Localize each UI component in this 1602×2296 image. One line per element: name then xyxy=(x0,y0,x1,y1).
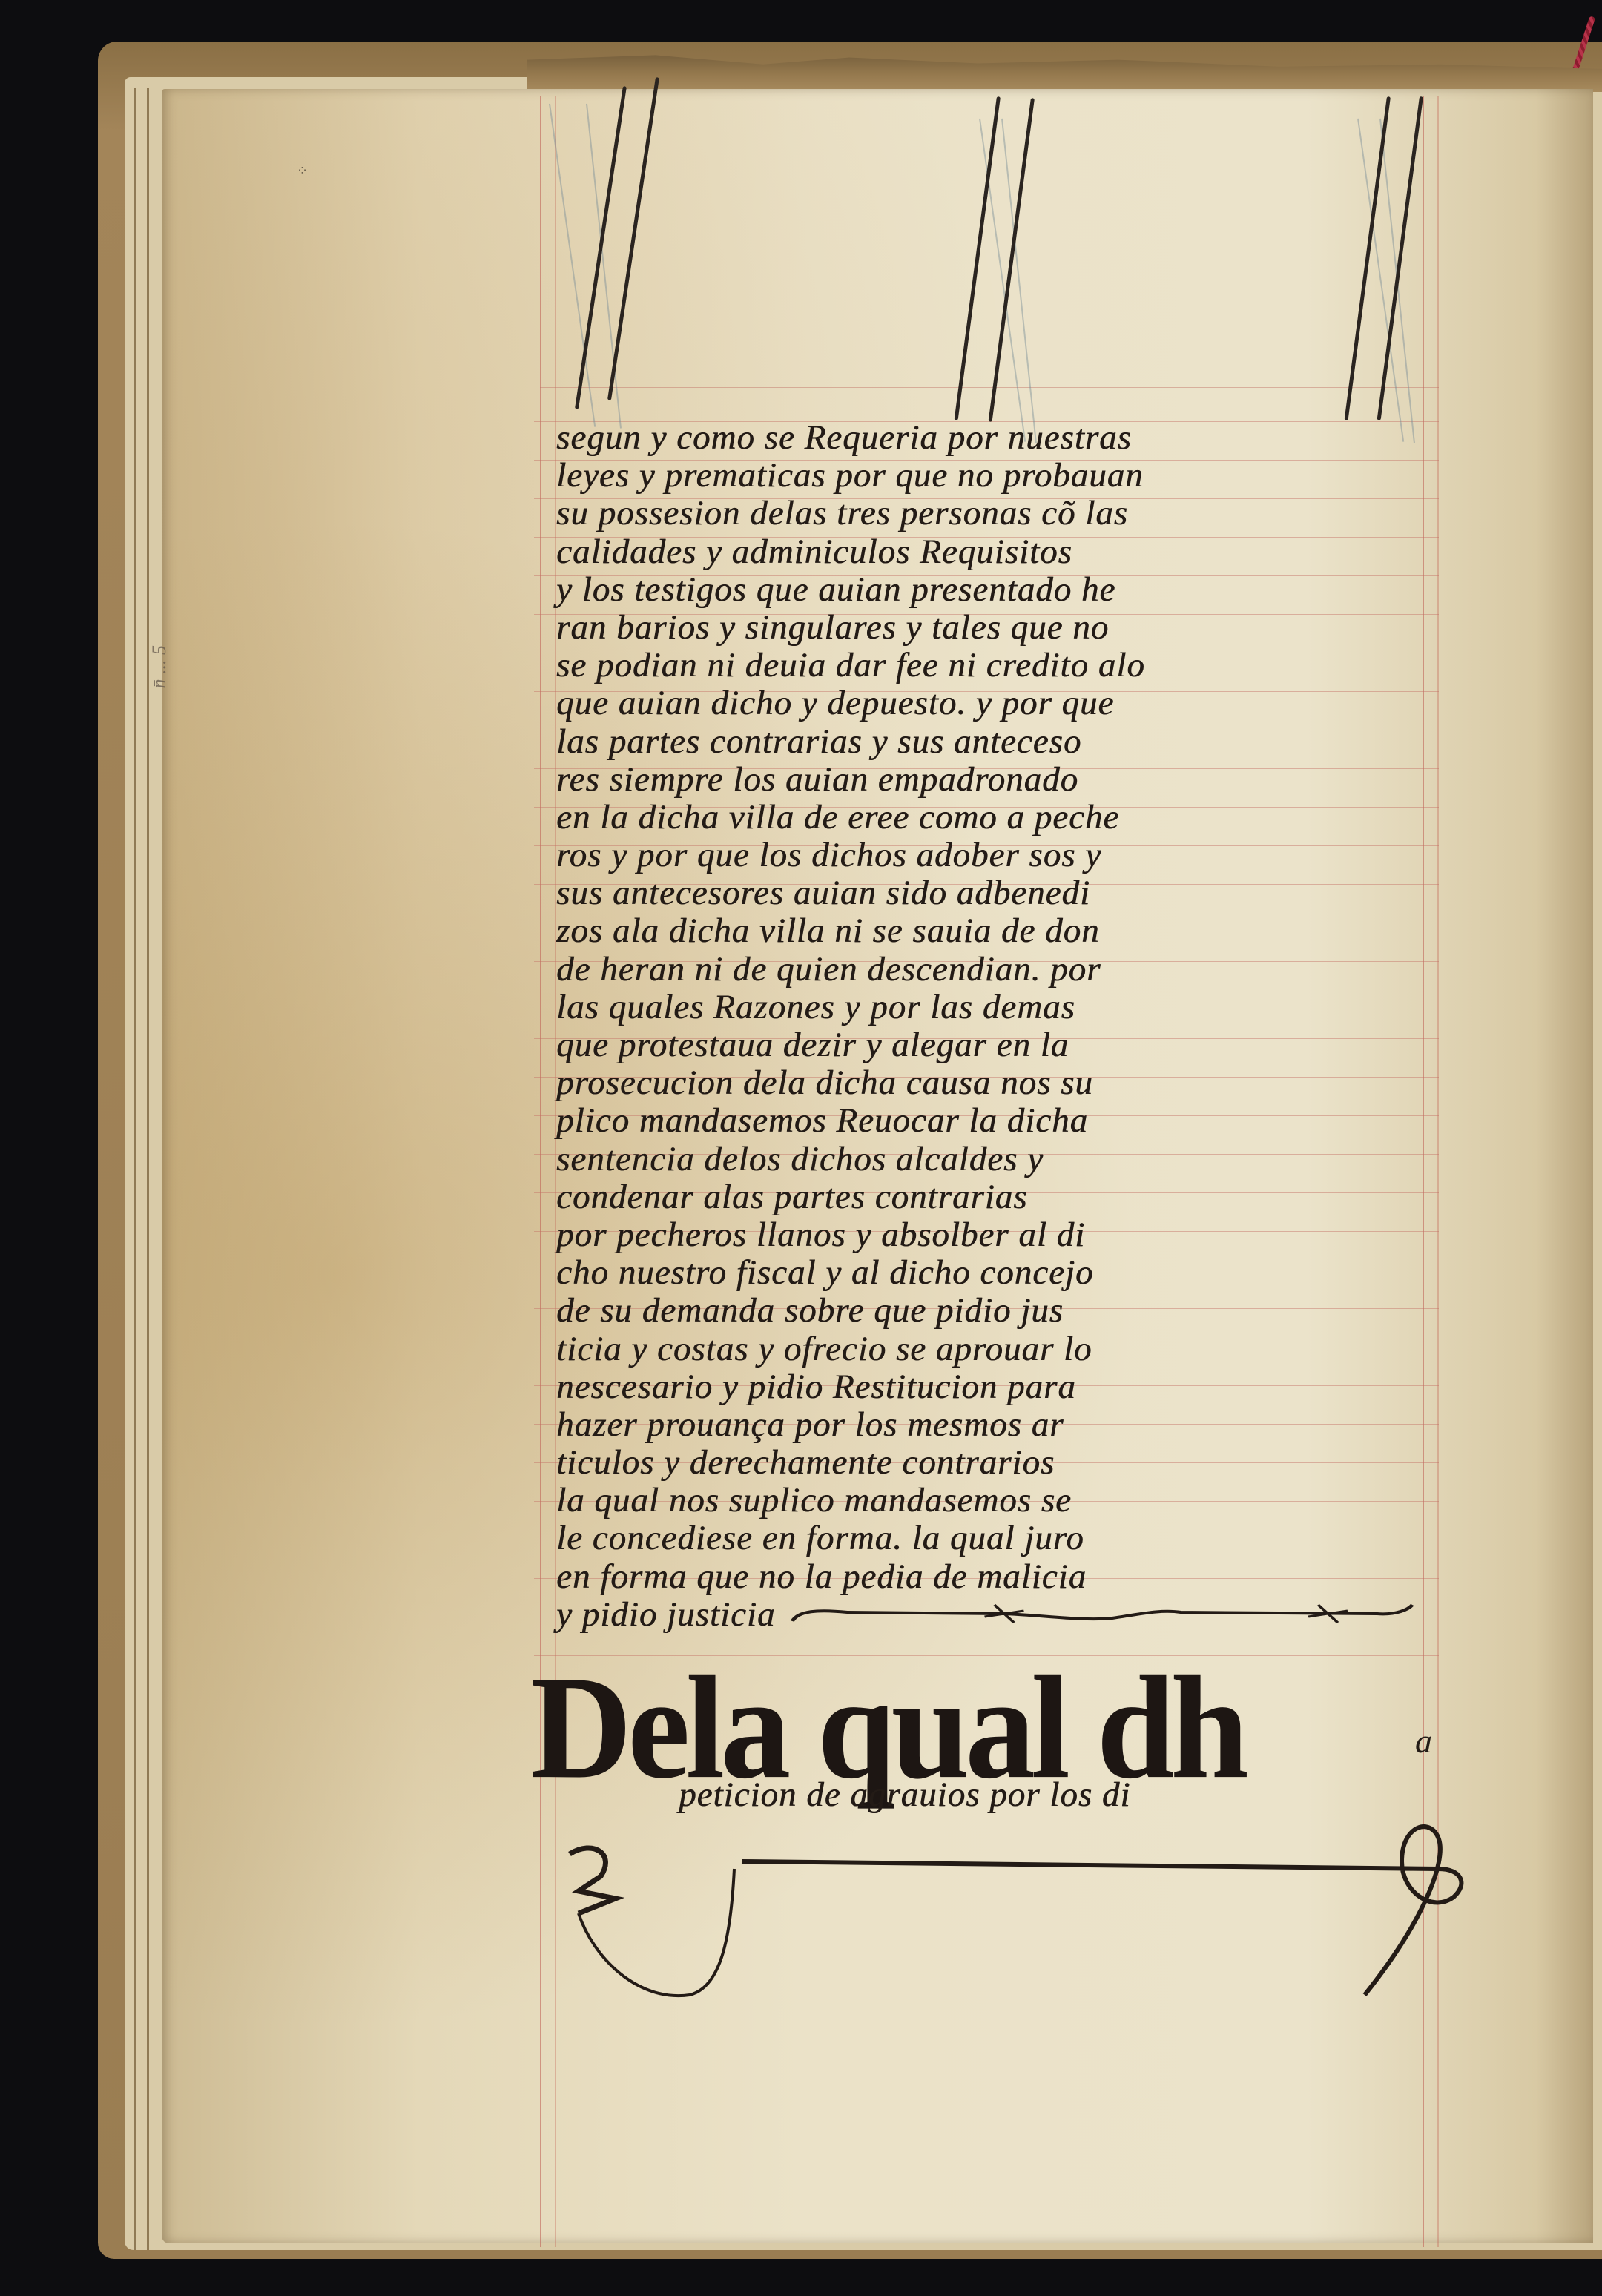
text-line: de su demanda sobre que pidio jus xyxy=(556,1292,1417,1330)
text-line: en forma que no la pedia de malicia xyxy=(556,1558,1417,1596)
text-line: y los testigos que auian presentado he xyxy=(556,571,1417,609)
text-line: le concediese en forma. la qual juro xyxy=(556,1520,1417,1557)
heading-continuation: peticion de agrauios por los di xyxy=(679,1775,1130,1815)
text-line: condenar alas partes contrarias xyxy=(556,1178,1417,1216)
text-line: leyes y prematicas por que no probauan xyxy=(556,457,1417,495)
text-line: sentencia delos dichos alcaldes y xyxy=(556,1141,1417,1178)
closing-swash-flourish xyxy=(549,1810,1468,2017)
text-line: nescesario y pidio Restitucion para xyxy=(556,1368,1417,1406)
line-filler-flourish xyxy=(788,1606,1417,1623)
text-line: ticia y costas y ofrecio se aprouar lo xyxy=(556,1330,1417,1368)
text-line: ran barios y singulares y tales que no xyxy=(556,609,1417,647)
text-line: zos ala dicha villa ni se sauia de don xyxy=(556,912,1417,950)
text-line: ros y por que los dichos adober sos y xyxy=(556,837,1417,874)
text-line: en la dicha villa de eree como a peche xyxy=(556,799,1417,837)
text-line: las quales Razones y por las demas xyxy=(556,989,1417,1026)
text-line: sus antecesores auian sido adbenedi xyxy=(556,874,1417,912)
marginal-note: n̄ ... 5 xyxy=(148,645,171,689)
text-line: que protestaua dezir y alegar en la xyxy=(556,1026,1417,1064)
text-line: plico mandasemos Reuocar la dicha xyxy=(556,1102,1417,1140)
heading-catch-letter: a xyxy=(1415,1721,1432,1761)
text-line: calidades y adminiculos Requisitos xyxy=(556,533,1417,571)
closing-line: y pidio justicia xyxy=(556,1596,1417,1634)
text-line: la qual nos suplico mandasemos se xyxy=(556,1482,1417,1520)
closing-text: y pidio justicia xyxy=(556,1596,775,1634)
text-line: segun y como se Requeria por nuestras xyxy=(556,419,1417,457)
ink-specks: ⁘ xyxy=(297,163,319,185)
text-line: hazer prouança por los mesmos ar xyxy=(556,1406,1417,1444)
text-line: res siempre los auian empadronado xyxy=(556,761,1417,799)
text-line: se podian ni deuia dar fee ni credito al… xyxy=(556,647,1417,684)
text-line: ticulos y derechamente contrarios xyxy=(556,1444,1417,1482)
text-line: por pecheros llanos y absolber al di xyxy=(556,1216,1417,1254)
body-text: segun y como se Requeria por nuestras le… xyxy=(556,419,1417,1634)
text-line: las partes contrarias y sus anteceso xyxy=(556,723,1417,761)
text-line: su possesion delas tres personas cõ las xyxy=(556,495,1417,532)
text-line: que auian dicho y depuesto. y por que xyxy=(556,684,1417,722)
text-line: cho nuestro fiscal y al dicho concejo xyxy=(556,1254,1417,1292)
text-line: prosecucion dela dicha causa nos su xyxy=(556,1064,1417,1102)
text-line: de heran ni de quien descendian. por xyxy=(556,951,1417,989)
